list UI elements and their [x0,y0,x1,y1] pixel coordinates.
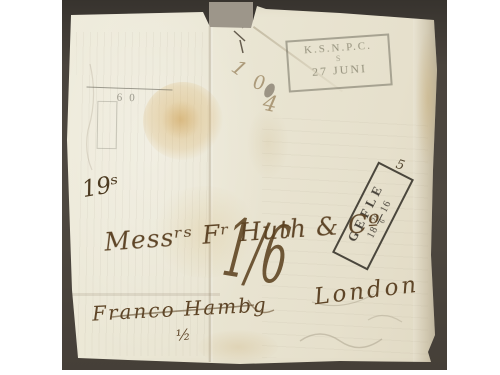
wax-seal-core-stain [162,100,200,140]
paper-fold-tab [209,2,253,30]
horizontal-crease [70,293,220,296]
ghost-flourish [87,64,94,170]
ghost-flourish [368,315,402,322]
manuscript-rate-mark: 1/6 [218,208,294,297]
franco-fraction: ½ [175,325,191,344]
manuscript-weight-note: 19ˢ [80,171,121,203]
ghost-flourish [312,294,374,306]
franco-connecting-stroke [112,305,254,317]
origin-date-month: 6 [378,215,389,228]
origin-date-year-prefix: 18 [365,224,380,240]
paper-stain [198,330,278,364]
transit-postmark-line2: S [288,51,388,67]
paper-sheen [70,10,270,365]
origin-boxed-postmark-gefle: GEFLE 18 20 6 16 [332,161,414,270]
transit-postmark-line1: K.S.N.P.C. [288,39,389,58]
photo-of-postal-cover: 60 K.S.N.P.C. S 27 JUNI GEFLE 18 20 6 16… [0,0,500,375]
paper-stain [150,186,260,278]
ghost-strokes-svg [0,0,500,375]
address-line-name: Messʳˢ Fʳ Huth & Cº [103,208,382,256]
diagonal-crease [253,26,343,92]
vertical-fold-crease [208,26,213,362]
address-line-city: London [313,272,421,311]
origin-postmark-date: 18 20 6 16 [351,172,409,266]
wax-seal-show-through [143,82,223,160]
origin-date-year-suffix: 16 [379,199,394,215]
transit-postmark-line3: 27 JUNI [289,60,390,82]
letter-sheet: 60 K.S.N.P.C. S 27 JUNI GEFLE 18 20 6 16… [0,0,500,375]
partial-postmark-frame [97,101,118,149]
ghost-flourish [300,334,382,348]
paper-stain [248,108,288,178]
partial-boxed-postmark: 60 [86,87,173,120]
bleed-through-digit: 0 [252,71,267,94]
origin-date-fraction: 20 6 [371,211,389,228]
partial-postmark-text: 60 [116,92,141,105]
ink-smudge [262,82,277,99]
bleed-through-digit: 4 [261,91,280,118]
rate-mark-tail [248,300,274,312]
transit-boxed-postmark: K.S.N.P.C. S 27 JUNI [285,33,392,92]
origin-date-day: 20 [371,211,383,224]
bleed-through-digit: 1 [227,55,251,82]
show-through-writing-right [262,118,428,358]
pen-corner-mark: 5 [394,157,407,174]
origin-postmark-town: GEFLE [336,165,395,260]
show-through-writing-left [76,32,208,356]
franco-hamburg-note: Franco Hambg [91,292,268,325]
